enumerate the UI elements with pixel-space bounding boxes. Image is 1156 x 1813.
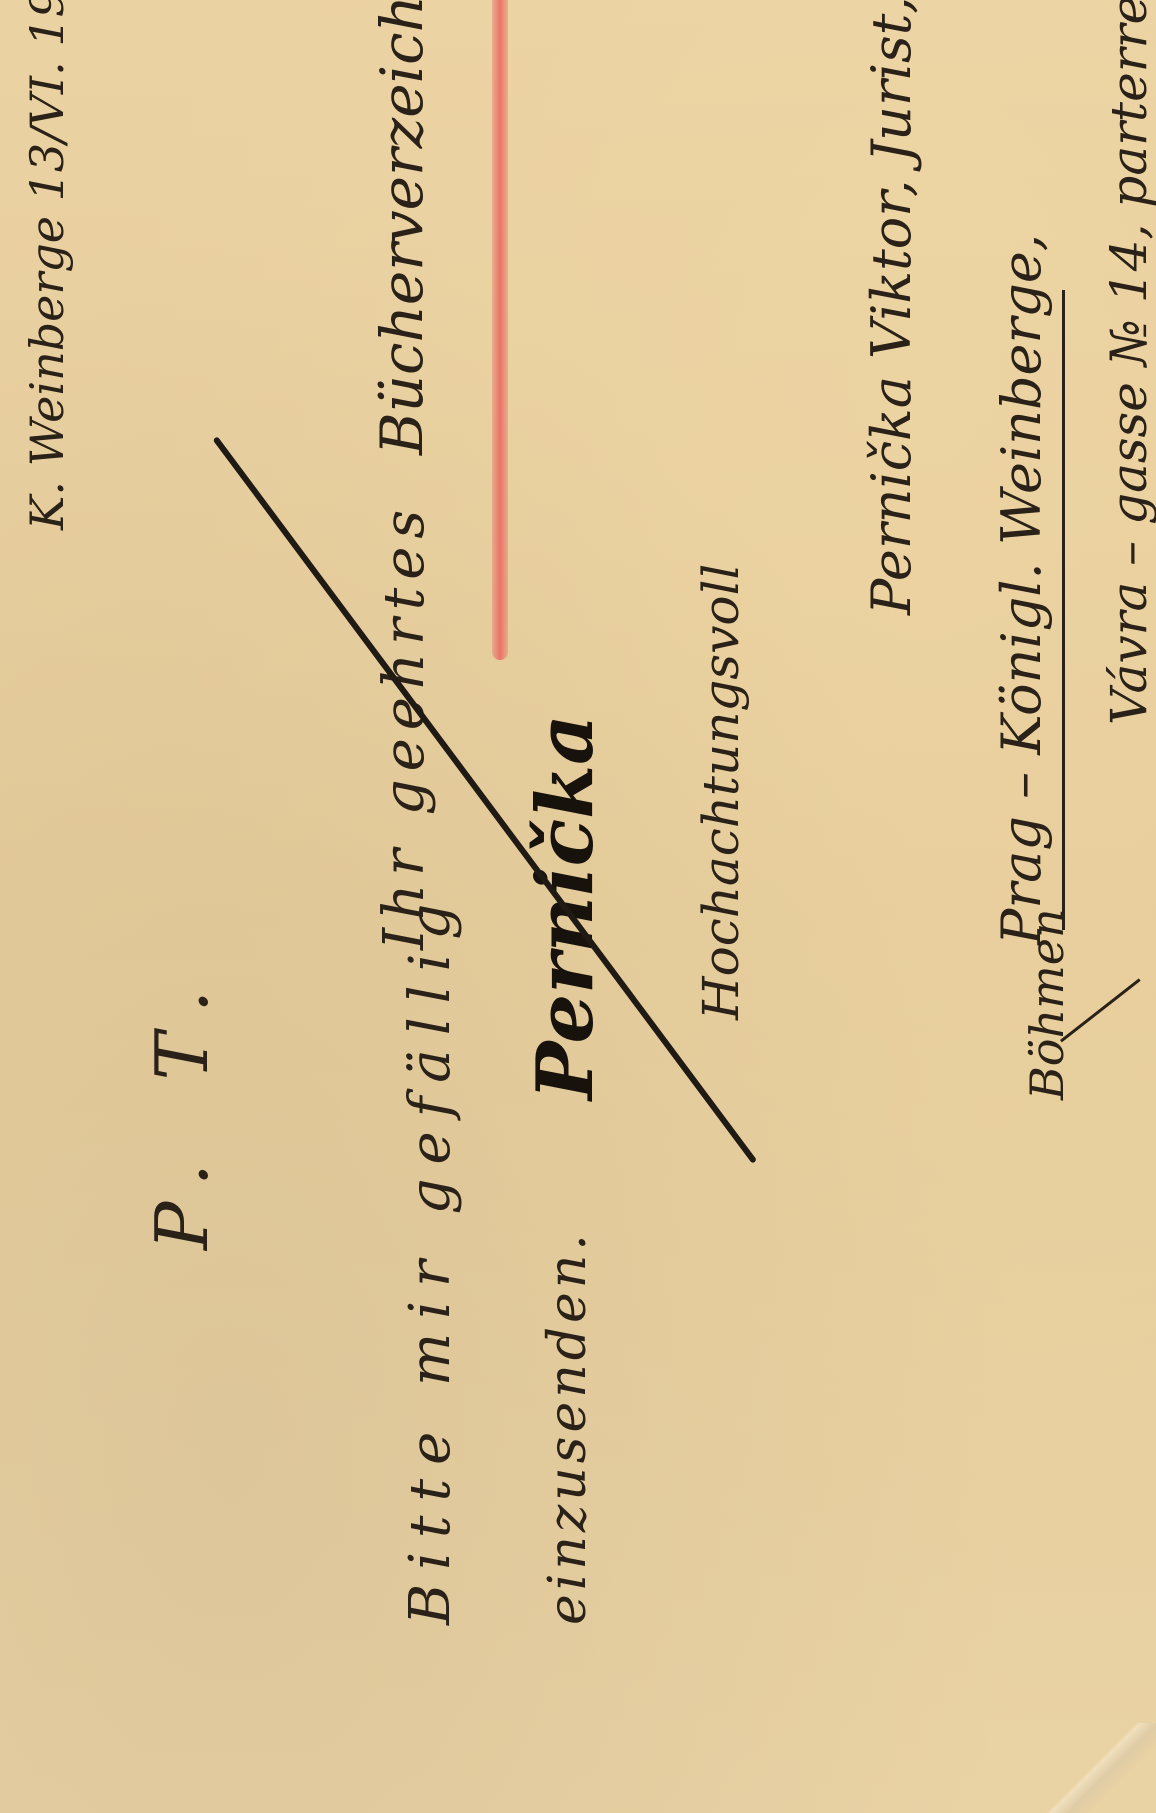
body-einzusenden: einzusenden. (538, 1230, 598, 1625)
sender-region: Böhmen (1020, 908, 1074, 1100)
body-bitte-mir-gefallig: Bitte mir gefällig (398, 890, 463, 1625)
paper-crease (1026, 1723, 1156, 1813)
sender-city: Prag – Königl. Weinberge, (990, 234, 1053, 945)
sender-street: Vávra – gasse № 14, parterre. (1100, 0, 1156, 725)
red-pencil-mark (492, 0, 508, 660)
postcard: K. Weinberge 13/VI. 1911. Bücherverzeich… (0, 0, 1156, 1813)
city-underline (1062, 290, 1065, 930)
closing: Hochachtungsvoll (692, 564, 750, 1020)
ink-cross-out-line (213, 436, 757, 1164)
sender-name: Pernička Viktor, Jurist, (860, 0, 923, 615)
salutation: P. T. (140, 960, 224, 1250)
date-line: K. Weinberge 13/VI. 1911. (20, 0, 74, 530)
body-bucherverzeichnis: Bücherverzeichnis (368, 0, 436, 455)
